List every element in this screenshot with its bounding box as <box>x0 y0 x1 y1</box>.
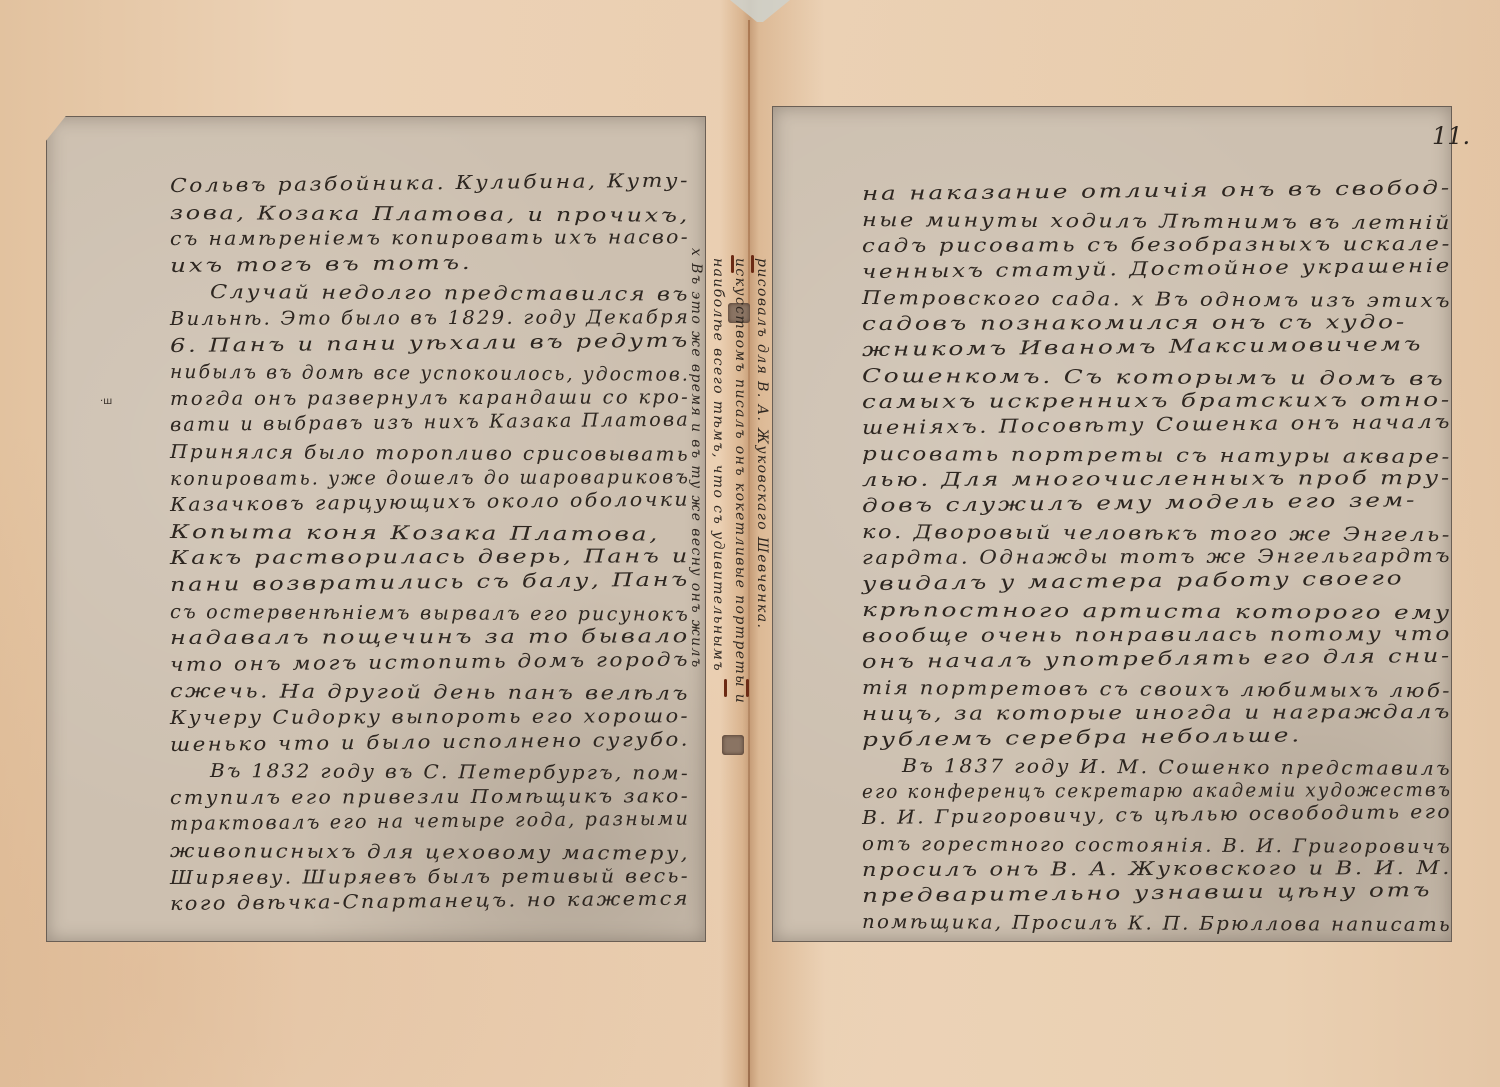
vertical-margin-note: х Въ это же время и въ ту же весну онъ ж… <box>688 248 788 928</box>
manuscript-line: лью. Для многочисленныхъ проб тру- <box>862 467 1452 491</box>
manuscript-line: тія портретовъ съ своихъ любимыхъ люб- <box>862 677 1452 702</box>
manuscript-line: копировать. уже дошелъ до шаровариковъ <box>170 466 690 490</box>
manuscript-line: гардта. Однажды тотъ же Энгельгардтъ <box>862 545 1452 569</box>
manuscript-line: рублемъ серебра небольше. <box>862 724 1302 751</box>
manuscript-line: съ намѣреніемъ копировать ихъ насво- <box>170 226 690 250</box>
manuscript-line: Копыта коня Козака Платова, <box>170 521 660 546</box>
manuscript-line: ные минуты ходилъ Лѣтнимъ въ летній <box>862 209 1452 234</box>
manuscript-line: Какъ растворилась дверь, Панъ и <box>170 546 690 570</box>
manuscript-line: ко. Дворовый человѣкъ того же Энгель- <box>862 521 1452 546</box>
manuscript-line: Петровского сада. х Въ одномъ изъ этихъ <box>862 287 1452 312</box>
manuscript-line: отъ горестного состоянія. В. И. Григоров… <box>862 833 1452 858</box>
manuscript-line: Вильнѣ. Это было въ 1829. году Декабря <box>170 306 690 330</box>
manuscript-line: садъ рисовать съ безобразныхъ искале- <box>862 233 1452 257</box>
manuscript-line: Кучеру Сидорку выпороть его хорошо- <box>170 705 690 729</box>
margin-note-line: искусствомъ писалъ онъ кокетливые портре… <box>732 258 748 704</box>
manuscript-line: ницъ, за которые иногда и награждалъ <box>862 701 1452 725</box>
manuscript-line: крѣпостного артиста которого ему <box>862 599 1452 624</box>
manuscript-line: Случай недолго представился въ <box>210 281 690 306</box>
manuscript-line: его конференцъ секретарю академіи художе… <box>862 779 1452 803</box>
manuscript-line: Сошенкомъ. Съ которымъ и домъ въ <box>862 365 1446 390</box>
manuscript-line: ступилъ его привезли Помѣщикъ зако- <box>170 785 690 809</box>
manuscript-line: сжечь. На другой день панъ велѣлъ <box>170 680 690 705</box>
manuscript-line: помѣщика, Просилъ К. П. Брюллова написат… <box>862 911 1452 936</box>
manuscript-line: Въ 1837 году И. М. Сошенко представилъ <box>902 755 1452 780</box>
manuscript-line: Принялся было торопливо срисовывать <box>170 441 690 466</box>
margin-note-line: наиболѣе всего тѣмъ, что съ удивительным… <box>710 258 726 672</box>
margin-note-line: рисовалъ для В. А. Жуковскаго Шевченка. <box>754 258 770 629</box>
manuscript-line: ихъ тогъ въ тотъ. <box>170 252 473 277</box>
margin-mark: ·ш <box>100 396 112 407</box>
manuscript-line: тогда онъ развернулъ карандаши со кро- <box>170 386 690 410</box>
manuscript-line: Въ 1832 году въ С. Петербургъ, пом- <box>210 760 690 785</box>
manuscript-line: рисовать портреты съ натуры акваре- <box>862 443 1452 468</box>
manuscript-line: самыхъ искреннихъ братскихъ отно- <box>862 389 1452 413</box>
manuscript-line: нибылъ въ домѣ все успокоилось, удостов. <box>170 361 690 386</box>
manuscript-line: просилъ онъ В. А. Жуковского и В. И. М. <box>862 857 1452 881</box>
manuscript-line: съ остервенѣніемъ вырвалъ его рисунокъ <box>170 601 690 626</box>
manuscript-line: вообще очень понравилась потому что <box>862 623 1452 647</box>
manuscript-line: надавалъ пощечинъ за то бывало <box>170 625 690 649</box>
manuscript-line: живописныхъ для цеховому мастеру, <box>170 840 690 865</box>
page-number: 11. <box>1432 122 1470 150</box>
manuscript-line: Ширяеву. Ширяевъ былъ ретивый весь- <box>170 865 690 889</box>
manuscript-line: садовъ познакомился онъ съ худо- <box>862 311 1407 335</box>
manuscript-line: зова, Козака Платова, и прочихъ, <box>170 202 690 227</box>
margin-note-line: х Въ это же время и въ ту же весну онъ ж… <box>688 248 704 669</box>
